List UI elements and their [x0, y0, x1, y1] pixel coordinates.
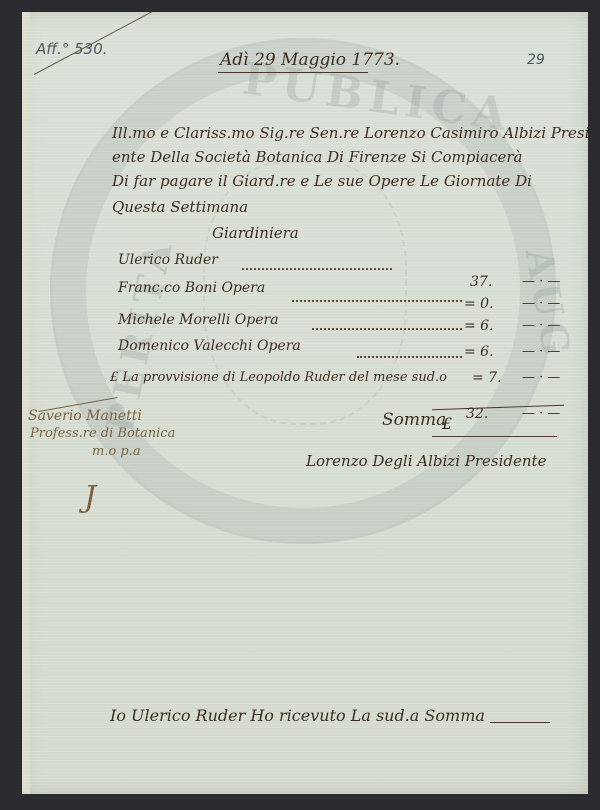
date-line: Adì 29 Maggio 1773. [220, 50, 400, 70]
entry-name: Michele Morelli Opera [118, 312, 279, 328]
total-rule-bottom [432, 436, 557, 437]
total-currency: £ [442, 414, 452, 433]
entry-amount: = 7. [472, 370, 502, 386]
entry-amount: = 0. [464, 296, 494, 312]
page-number: 29 [527, 52, 545, 68]
entry-amount: = 6. [464, 318, 494, 334]
salutation-line-2: ente Della Società Botanica Di Firenze S… [112, 148, 523, 166]
section-heading: Giardiniera [212, 224, 299, 242]
total-cols: — · — [522, 406, 560, 421]
entry-cols: — · — [522, 370, 560, 385]
entry-name: £ La provvisione di Leopoldo Ruder del m… [110, 370, 447, 385]
margin-note-line-3: m.o p.a [92, 444, 141, 459]
salutation-line-4: Questa Settimana [112, 198, 248, 216]
salutation-line-1: Ill.mo e Clariss.mo Sig.re Sen.re Lorenz… [112, 124, 588, 142]
entry-name: Franc.co Boni Opera [118, 280, 265, 296]
entry-cols: — · — [522, 318, 560, 333]
entry-amount: = 6. [464, 344, 494, 360]
leader-dots [312, 328, 462, 330]
receipt-line: Io Ulerico Ruder Ho ricevuto La sud.a So… [110, 706, 485, 725]
margin-note-line-1: Saverio Manetti [28, 408, 142, 424]
margin-note-mark: J [84, 480, 96, 515]
margin-note-line-2: Profess.re di Botanica [30, 426, 175, 441]
total-label: Somma [382, 410, 446, 430]
entry-name: Ulerico Ruder [118, 252, 218, 268]
total-amount: 32. [466, 406, 488, 422]
leader-dots [242, 268, 392, 270]
entry-name: Domenico Valecchi Opera [118, 338, 301, 354]
archive-number: Aff.° 530. [36, 40, 108, 58]
manuscript-page: PUBLICA PERITA AUG Aff.° 530. Adì 29 Mag… [22, 12, 588, 794]
president-signature: Lorenzo Degli Albizi Presidente [306, 452, 546, 470]
paper-edge [22, 12, 30, 794]
date-underline [218, 72, 368, 73]
entry-cols: — · — [522, 274, 560, 289]
leader-dots [357, 356, 462, 358]
leader-dots [292, 300, 462, 302]
entry-amount: 37. [470, 274, 492, 290]
entry-cols: — · — [522, 296, 560, 311]
salutation-line-3: Di far pagare il Giard.re e Le sue Opere… [112, 172, 532, 190]
entry-cols: — · — [522, 344, 560, 359]
receipt-underline [490, 722, 550, 723]
